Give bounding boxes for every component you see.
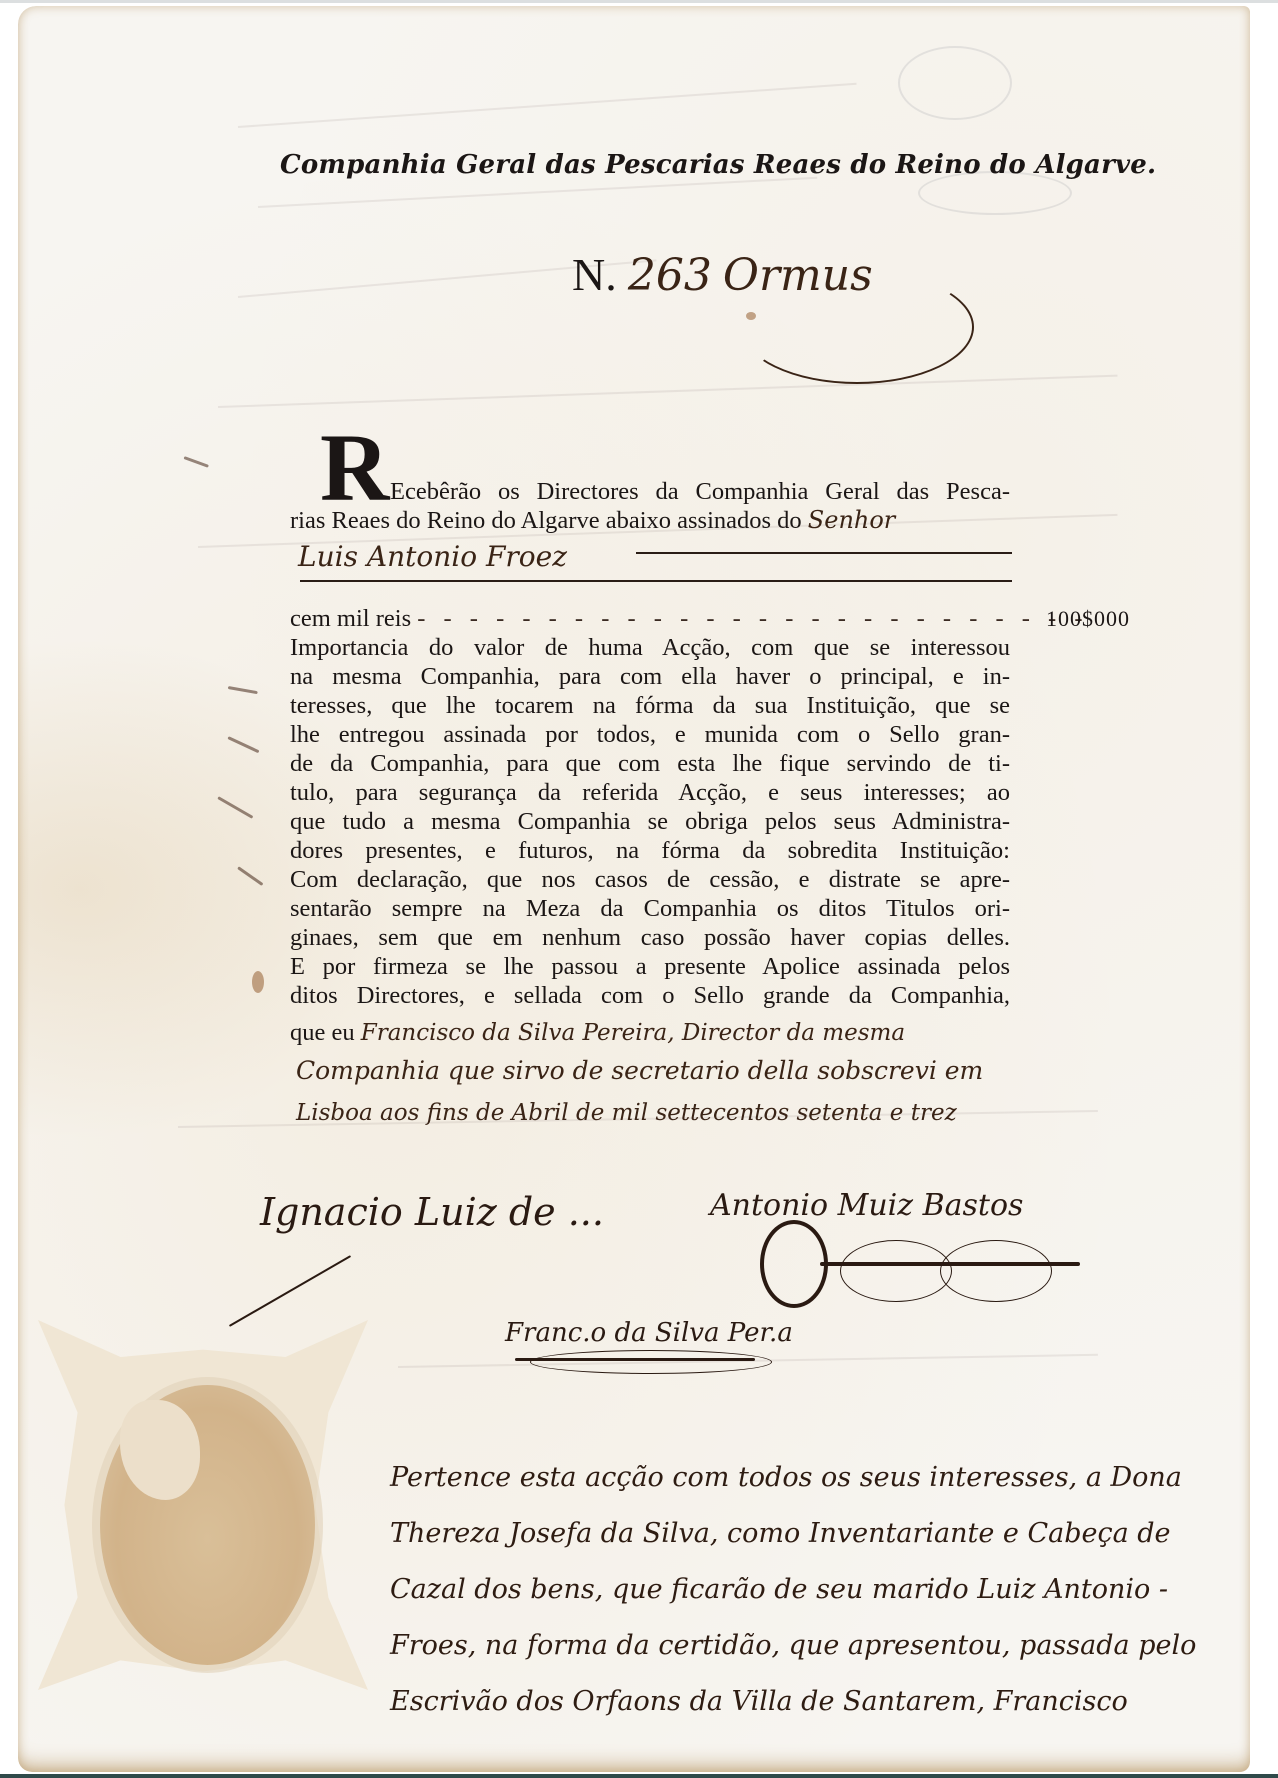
bleed-through-line [258,177,817,208]
number-flourish [740,270,974,384]
endorsement-line: Froes, na forma da certidão, que apresen… [390,1618,1150,1674]
closing-line-2: Companhia que sirvo de secretario della … [296,1056,983,1085]
number-value: 263 [628,250,712,301]
closing-line-1: que eu Francisco da Silva Pereira, Direc… [290,1018,1010,1048]
endorsement-line: Thereza Josefa da Silva, como Inventaria… [390,1506,1150,1562]
ink-mark [228,686,258,694]
salutation: Senhor [808,506,895,534]
bleed-through-line [218,375,1118,408]
ink-stain [252,971,264,993]
payee-rule-2 [300,580,1012,582]
ink-mark [227,736,259,753]
top-border [0,0,1278,3]
secretary-signature: Franc.o da Silva Per.a [505,1318,793,1348]
signature-flourish [840,1240,952,1302]
payee-rule [636,552,1012,554]
ink-mark [217,796,253,819]
signature-underline [820,1262,1080,1266]
signature-right: Antonio Muiz Bastos [710,1188,1023,1223]
ink-mark [183,456,208,468]
payee-name: Luis Antonio Froez [298,540,567,573]
amount-line: cem mil reis - - - - - - - - - - - - - -… [290,604,1010,633]
number-prefix: N. [572,249,617,300]
bleed-through-stroke [898,46,1012,120]
endorsement-line: Cazal dos bens, que ficarão de seu marid… [390,1562,1150,1618]
amount-figure: 100$000 [1046,606,1130,632]
endorsement-line: Pertence esta acção com todos os seus in… [390,1450,1150,1506]
endorsement-line: Escrivão dos Orfaons da Villa de Santare… [390,1674,1150,1730]
company-title: Companhia Geral das Pescarias Reaes do R… [280,150,1020,180]
amount-dashes: - - - - - - - - - - - - - - - - - - - - … [417,604,1088,633]
secretary-flourish [530,1350,772,1374]
signature-flourish [940,1240,1052,1302]
ink-mark [237,866,263,886]
drop-cap: R [320,420,389,516]
closing-line-3: Lisboa aos fins de Abril de mil settecen… [296,1100,957,1126]
receipt-line-2: rias Reaes do Reino do Algarve abaixo as… [290,506,1010,535]
amount-words: cem mil reis [290,605,411,632]
bleed-through-line [238,83,857,128]
bottom-border [0,1774,1278,1778]
signature-flourish [760,1220,828,1308]
endorsement: Pertence esta acção com todos os seus in… [390,1450,1150,1730]
director-signatures: Ignacio Luiz de ... Antonio Muiz Bastos [240,1170,1060,1310]
signature-left: Ignacio Luiz de ... [260,1190,604,1234]
receipt-line-1: Ecebêrão os Directores da Companhia Gera… [390,477,1010,506]
receipt-body: Importancia do valor de huma Acção, com … [290,633,1010,1010]
